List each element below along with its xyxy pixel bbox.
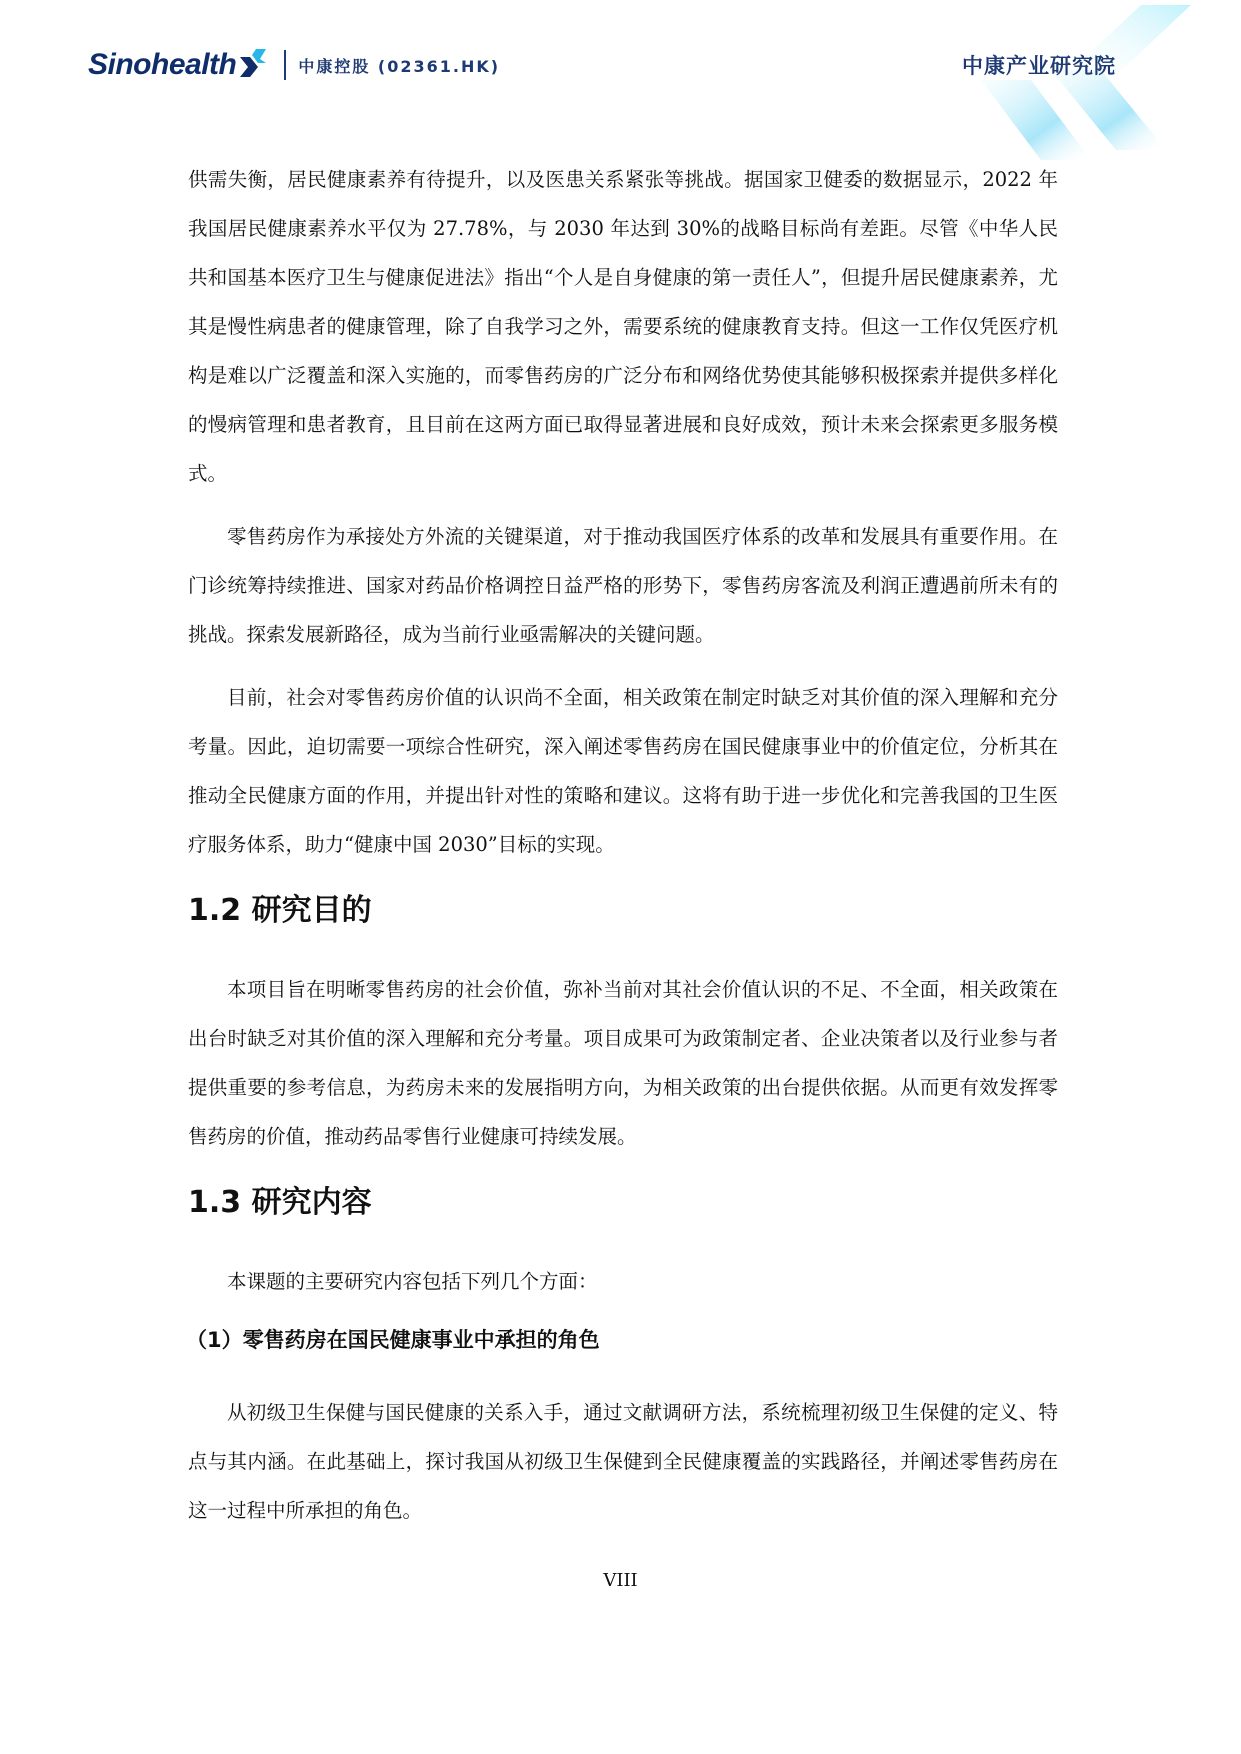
paragraph: 零售药房作为承接处方外流的关键渠道，对于推动我国医疗体系的改革和发展具有重要作用… [188,512,1058,659]
subsection-heading: （1）零售药房在国民健康事业中承担的角色 [186,1320,1058,1360]
brand-logo: Sinohealth 中康控股 (02361.HK) [88,48,500,82]
paragraph: 目前，社会对零售药房价值的认识尚不全面，相关政策在制定时缺乏对其价值的深入理解和… [188,673,1058,869]
page-header: Sinohealth 中康控股 (02361.HK) 中康产业研究院 [0,0,1241,140]
brand-name: Sinohealth [88,48,236,82]
section-heading-research-purpose: 1.2 研究目的 [188,891,1058,931]
paragraph: 本课题的主要研究内容包括下列几个方面： [188,1257,1058,1306]
section-heading-research-content: 1.3 研究内容 [188,1183,1058,1223]
document-body: 供需失衡，居民健康素养有待提升，以及医患关系紧张等挑战。据国家卫健委的数据显示，… [188,155,1058,1549]
brand-chevron-icon [238,49,268,77]
paragraph: 从初级卫生保健与国民健康的关系入手，通过文献调研方法，系统梳理初级卫生保健的定义… [188,1388,1058,1535]
institute-name: 中康产业研究院 [962,50,1116,80]
page-number: VIII [0,1570,1241,1591]
paragraph: 供需失衡，居民健康素养有待提升，以及医患关系紧张等挑战。据国家卫健委的数据显示，… [188,155,1058,498]
brand-subtitle: 中康控股 (02361.HK) [298,54,500,77]
decorative-x-shape-icon [941,0,1241,160]
paragraph: 本项目旨在明晰零售药房的社会价值，弥补当前对其社会价值认识的不足、不全面，相关政… [188,965,1058,1161]
brand-divider [284,50,286,80]
